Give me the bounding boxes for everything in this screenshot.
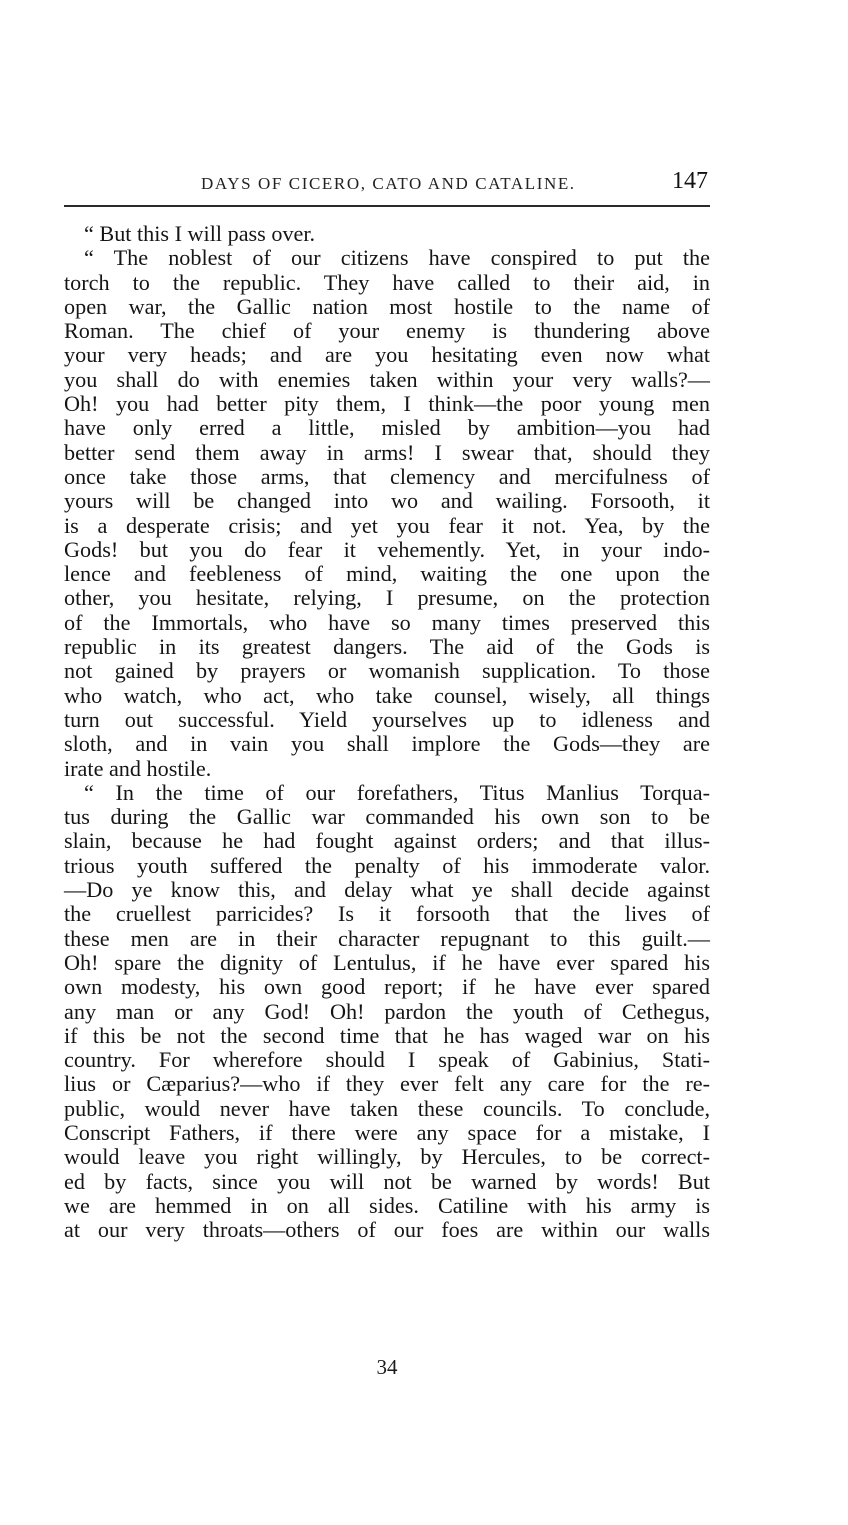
text-line: “ But this I will pass over. <box>64 222 710 246</box>
text-line: Conscript Fathers, if there were any spa… <box>64 1121 710 1145</box>
text-line: lius or Cæparius?—who if they ever felt … <box>64 1072 710 1096</box>
text-line: turn out successful. Yield yourselves up… <box>64 708 710 732</box>
text-line: these men are in their character repugna… <box>64 927 710 951</box>
text-line: ed by facts, since you will not be warne… <box>64 1170 710 1194</box>
text-line: Roman. The chief of your enemy is thunde… <box>64 319 710 343</box>
text-line: the cruellest parricides? Is it forsooth… <box>64 902 710 926</box>
text-line: at our very throats—others of our foes a… <box>64 1218 710 1242</box>
text-line: any man or any God! Oh! pardon the youth… <box>64 1000 710 1024</box>
text-line: would leave you right willingly, by Herc… <box>64 1145 710 1169</box>
text-line: trious youth suffered the penalty of his… <box>64 854 710 878</box>
text-line: sloth, and in vain you shall implore the… <box>64 732 710 756</box>
text-line: is a desperate crisis; and yet you fear … <box>64 514 710 538</box>
text-line: —Do ye know this, and delay what ye shal… <box>64 878 710 902</box>
text-line: country. For wherefore should I speak of… <box>64 1048 710 1072</box>
text-line: “ The noblest of our citizens have consp… <box>64 246 710 270</box>
text-line: Oh! you had better pity them, I think—th… <box>64 392 710 416</box>
text-line: we are hemmed in on all sides. Catiline … <box>64 1194 710 1218</box>
text-line: open war, the Gallic nation most hostile… <box>64 295 710 319</box>
text-line: own modesty, his own good report; if he … <box>64 975 710 999</box>
text-line: torch to the republic. They have called … <box>64 271 710 295</box>
text-line: have only erred a little, misled by ambi… <box>64 416 710 440</box>
text-line: you shall do with enemies taken within y… <box>64 368 710 392</box>
text-line: Gods! but you do fear it vehemently. Yet… <box>64 538 710 562</box>
text-line: yours will be changed into wo and wailin… <box>64 489 710 513</box>
text-line: Oh! spare the dignity of Lentulus, if he… <box>64 951 710 975</box>
text-line: irate and hostile. <box>64 757 710 781</box>
text-line: if this be not the second time that he h… <box>64 1024 710 1048</box>
running-head: Days of Cicero, Cato and Cataline. 147 <box>64 170 710 202</box>
text-line: republic in its greatest dangers. The ai… <box>64 635 710 659</box>
text-line: “ In the time of our forefathers, Titus … <box>64 781 710 805</box>
text-line: public, would never have taken these cou… <box>64 1097 710 1121</box>
text-line: better send them away in arms! I swear t… <box>64 441 710 465</box>
text-line: tus during the Gallic war commanded his … <box>64 805 710 829</box>
text-line: other, you hesitate, relying, I presume,… <box>64 586 710 610</box>
signature-mark: 34 <box>64 1355 710 1380</box>
header-rule <box>64 205 710 207</box>
text-line: slain, because he had fought against ord… <box>64 829 710 853</box>
text-line: lence and feebleness of mind, waiting th… <box>64 562 710 586</box>
text-line: not gained by prayers or womanish suppli… <box>64 659 710 683</box>
text-line: of the Immortals, who have so many times… <box>64 611 710 635</box>
page-number: 147 <box>672 168 708 195</box>
body-text: “ But this I will pass over.“ The nobles… <box>64 222 710 1242</box>
text-line: once take those arms, that clemency and … <box>64 465 710 489</box>
text-line: your very heads; and are you hesitating … <box>64 343 710 367</box>
text-line: who watch, who act, who take counsel, wi… <box>64 684 710 708</box>
running-title: Days of Cicero, Cato and Cataline. <box>201 174 576 194</box>
